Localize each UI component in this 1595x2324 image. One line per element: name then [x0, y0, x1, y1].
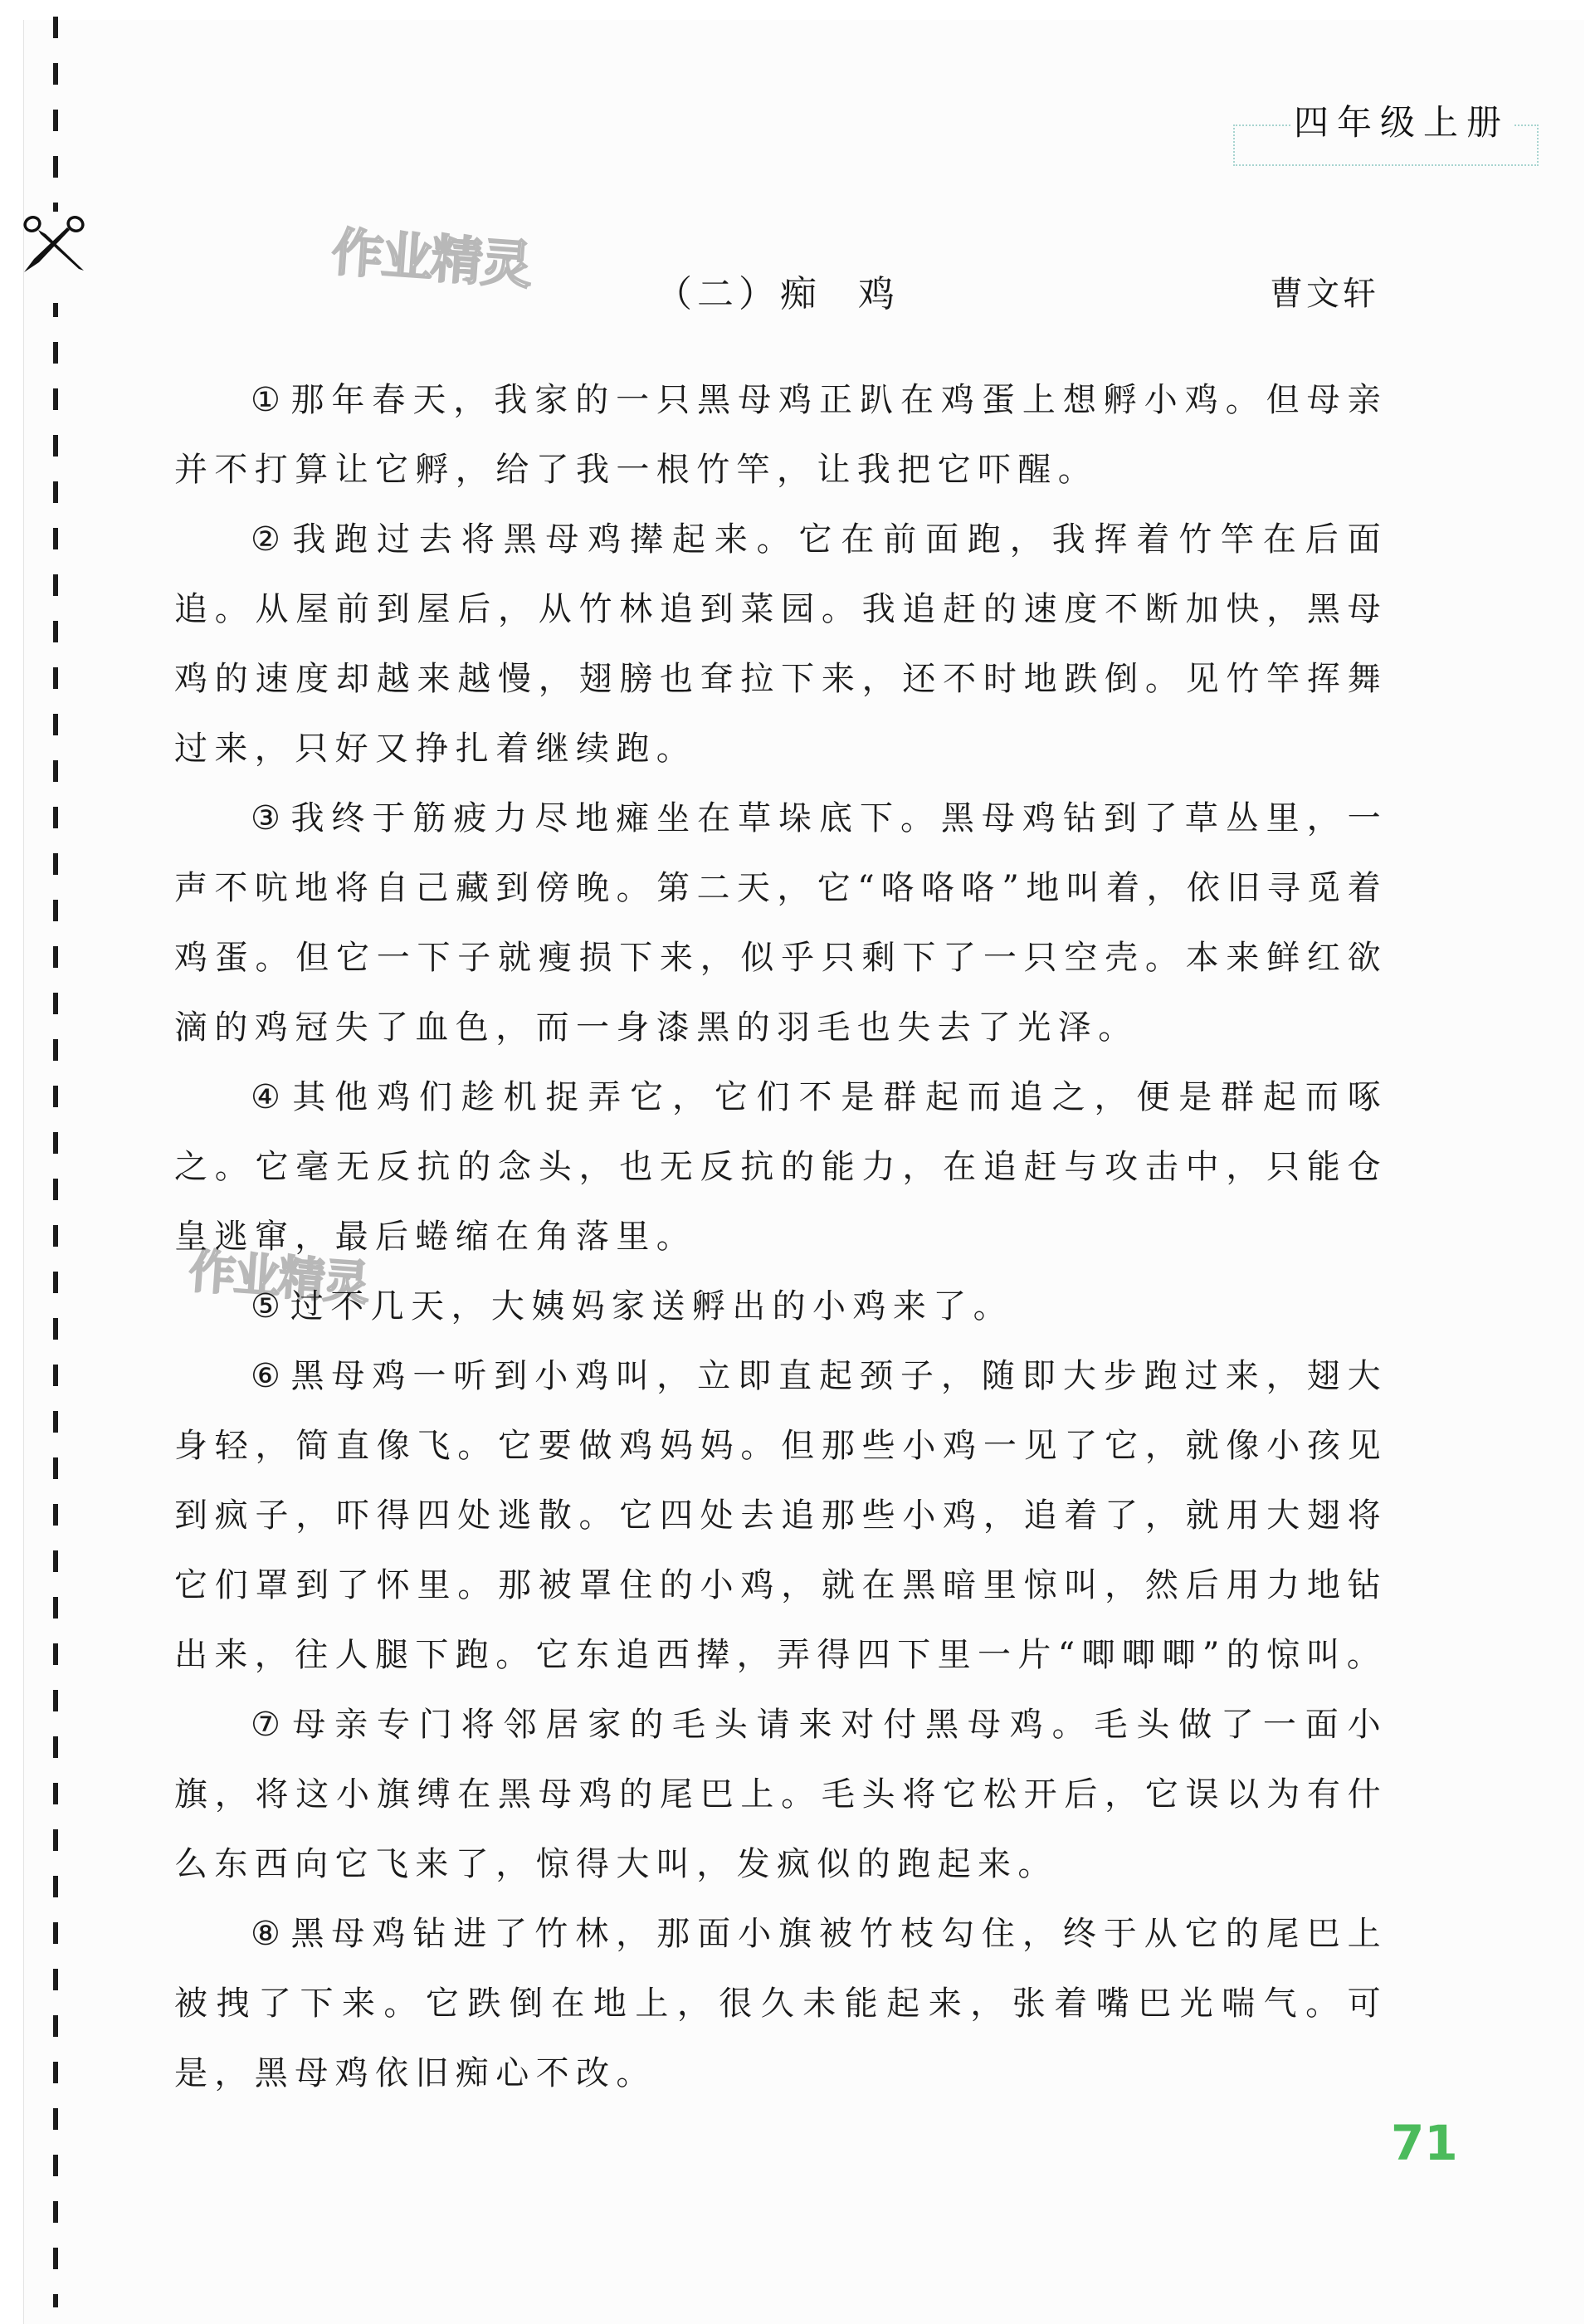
paragraph-number: ⑥: [251, 1357, 280, 1395]
paragraph: ③我终于筋疲力尽地瘫坐在草垛底下。黑母鸡钻到了草丛里，一声不吭地将自己藏到傍晚。…: [174, 784, 1388, 1062]
page-number: 71: [1391, 2115, 1458, 2171]
paragraph: ①那年春天，我家的一只黑母鸡正趴在鸡蛋上想孵小鸡。但母亲并不打算让它孵，给了我一…: [174, 365, 1388, 505]
paragraph-number: ②: [251, 520, 282, 559]
paragraph-number: ③: [251, 799, 280, 837]
paragraph: ⑧黑母鸡钻进了竹林，那面小旗被竹枝勾住，终于从它的尾巴上被拽了下来。它跌倒在地上…: [174, 1899, 1388, 2108]
article-title-suffix: 鸡: [858, 273, 900, 315]
paragraph-text: 其他鸡们趁机捉弄它，它们不是群起而追之，便是群起而啄之。它毫无反抗的念头，也无反…: [174, 1078, 1388, 1256]
article-title-prefix: （二）痴: [656, 273, 822, 315]
article-body: ①那年春天，我家的一只黑母鸡正趴在鸡蛋上想孵小鸡。但母亲并不打算让它孵，给了我一…: [174, 365, 1388, 2108]
paragraph-number: ⑧: [251, 1915, 280, 1953]
paragraph-text: 我终于筋疲力尽地瘫坐在草垛底下。黑母鸡钻到了草丛里，一声不吭地将自己藏到傍晚。第…: [174, 799, 1388, 1047]
paragraph-text: 黑母鸡一听到小鸡叫，立即直起颈子，随即大步跑过来，翅大身轻，简直像飞。它要做鸡妈…: [174, 1357, 1388, 1674]
paragraph: ⑦母亲专门将邻居家的毛头请来对付黑母鸡。毛头做了一面小旗，将这小旗缚在黑母鸡的尾…: [174, 1690, 1388, 1899]
paragraph-number: ①: [251, 381, 280, 419]
paragraph-number: ⑦: [251, 1706, 282, 1744]
paragraph-number: ⑤: [251, 1287, 280, 1326]
paragraph-text: 过不几天，大姨妈家送孵出的小鸡来了。: [290, 1287, 1013, 1326]
paragraph: ④其他鸡们趁机捉弄它，它们不是群起而追之，便是群起而啄之。它毫无反抗的念头，也无…: [174, 1062, 1388, 1272]
watermark: 作业精灵: [329, 211, 534, 299]
paragraph-text: 我跑过去将黑母鸡撵起来。它在前面跑，我挥着竹竿在后面追。从屋前到屋后，从竹林追到…: [174, 520, 1388, 768]
grade-label: 四年级上册: [1290, 100, 1513, 146]
paragraph: ⑥黑母鸡一听到小鸡叫，立即直起颈子，随即大步跑过来，翅大身轻，简直像飞。它要做鸡…: [174, 1341, 1388, 1690]
paragraph: ②我跑过去将黑母鸡撵起来。它在前面跑，我挥着竹竿在后面追。从屋前到屋后，从竹林追…: [174, 505, 1388, 784]
paragraph-text: 母亲专门将邻居家的毛头请来对付黑母鸡。毛头做了一面小旗，将这小旗缚在黑母鸡的尾巴…: [174, 1706, 1388, 1883]
article-title: （二）痴鸡: [656, 264, 900, 317]
paragraph-text: 黑母鸡钻进了竹林，那面小旗被竹枝勾住，终于从它的尾巴上被拽了下来。它跌倒在地上，…: [174, 1915, 1388, 2092]
scissors-icon: [21, 214, 87, 274]
article-author: 曹文轩: [1270, 267, 1379, 315]
paragraph-text: 那年春天，我家的一只黑母鸡正趴在鸡蛋上想孵小鸡。但母亲并不打算让它孵，给了我一根…: [174, 381, 1388, 489]
cut-line-dashed: [53, 17, 58, 2307]
paragraph: ⑤过不几天，大姨妈家送孵出的小鸡来了。: [174, 1272, 1388, 1341]
paragraph-number: ④: [251, 1078, 282, 1116]
